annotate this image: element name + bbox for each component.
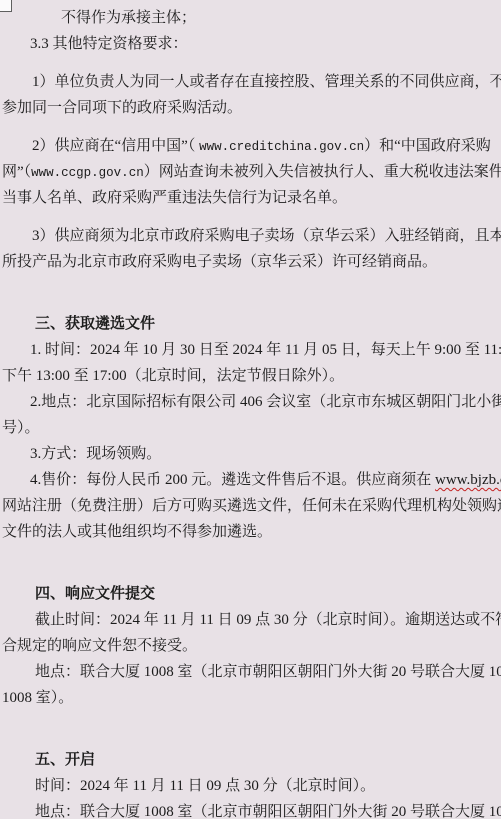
document-line: 文件的法人或其他组织均不得参加遴选。	[0, 519, 501, 545]
text-segment: 3）供应商须为北京市政府采购电子卖场（京华云采）入驻经销商，且本次	[32, 228, 501, 244]
text-segment: 合规定的响应文件恕不接受。	[2, 638, 197, 654]
text-segment: 号）。	[2, 420, 40, 436]
document-line: 时间：2024 年 11 月 11 日 09 点 30 分（北京时间）。	[0, 773, 501, 799]
document-line: 合规定的响应文件恕不接受。	[0, 633, 501, 659]
text-segment: 截止时间：2024 年 11 月 11 日 09 点 30 分（北京时间）。逾期…	[35, 612, 501, 628]
text-segment: 1008 室）。	[2, 690, 73, 706]
document-line: 下午 13:00 至 17:00（北京时间，法定节假日除外）。	[0, 363, 501, 389]
document-line: 参加同一合同项下的政府采购活动。	[0, 95, 501, 121]
document-line: 不得作为承接主体；	[0, 5, 501, 31]
document-line: 网站注册（免费注册）后方可购买遴选文件，任何未在采购代理机构处领购遴选	[0, 493, 501, 519]
document-line: 所投产品为北京市政府采购电子卖场（京华云采）许可经销商品。	[0, 249, 501, 275]
text-segment: 地点：联合大厦 1008 室（北京市朝阳区朝阳门外大街 20 号联合大厦 10 …	[35, 804, 501, 819]
text-segment: 三、获取遴选文件	[35, 316, 155, 332]
text-segment: 3.方式：现场领购。	[30, 446, 161, 462]
document-line: 4.售价：每份人民币 200 元。遴选文件售后不退。供应商须在 www.bjzb…	[0, 467, 501, 493]
text-segment: 不得作为承接主体；	[61, 10, 196, 26]
text-segment: 时间：2024 年 11 月 11 日 09 点 30 分（北京时间）。	[35, 778, 375, 794]
document-line: 3.3 其他特定资格要求：	[0, 31, 501, 57]
text-segment: 文件的法人或其他组织均不得参加遴选。	[2, 524, 272, 540]
text-segment: 网站注册（免费注册）后方可购买遴选文件，任何未在采购代理机构处领购遴选	[2, 498, 501, 514]
text-segment: 1）单位负责人为同一人或者存在直接控股、管理关系的不同供应商，不得	[32, 74, 501, 90]
document-line: 截止时间：2024 年 11 月 11 日 09 点 30 分（北京时间）。逾期…	[0, 607, 501, 633]
text-segment: 4.售价：每份人民币 200 元。遴选文件售后不退。供应商须在	[30, 472, 435, 488]
document-line: 号）。	[0, 415, 501, 441]
text-segment: ）网站查询未被列入失信被执行人、重大税收违法案件	[144, 164, 501, 180]
document-line: 1）单位负责人为同一人或者存在直接控股、管理关系的不同供应商，不得	[0, 69, 501, 95]
document-line: 网”（www.ccgp.gov.cn）网站查询未被列入失信被执行人、重大税收违法…	[0, 159, 501, 185]
url-text: www.creditchina.gov.cn	[199, 140, 364, 154]
text-segment: 1. 时间：2024 年 10 月 30 日至 2024 年 11 月 05 日…	[30, 342, 501, 358]
url-text: www.bjzb.com	[435, 472, 501, 488]
document-line: 地点：联合大厦 1008 室（北京市朝阳区朝阳门外大街 20 号联合大厦 10 …	[0, 659, 501, 685]
url-text: www.ccgp.gov.cn	[31, 166, 144, 180]
text-segment: ）和“中国政府采购	[364, 138, 491, 154]
document-line: 1008 室）。	[0, 685, 501, 711]
document-line: 2.地点：北京国际招标有限公司 406 会议室（北京市东城区朝阳门北小街 71	[0, 389, 501, 415]
text-segment: 地点：联合大厦 1008 室（北京市朝阳区朝阳门外大街 20 号联合大厦 10 …	[35, 664, 501, 680]
text-segment: 所投产品为北京市政府采购电子卖场（京华云采）许可经销商品。	[2, 254, 437, 270]
section-heading: 四、响应文件提交	[0, 581, 501, 607]
document-line: 1. 时间：2024 年 10 月 30 日至 2024 年 11 月 05 日…	[0, 337, 501, 363]
document-line: 当事人名单、政府采购严重违法失信行为记录名单。	[0, 185, 501, 211]
text-segment: 参加同一合同项下的政府采购活动。	[2, 100, 242, 116]
text-segment: 3.3 其他特定资格要求：	[30, 36, 188, 52]
section-heading: 五、开启	[0, 747, 501, 773]
page-corner-mark	[0, 0, 12, 12]
text-segment: 当事人名单、政府采购严重违法失信行为记录名单。	[2, 190, 347, 206]
text-segment: 四、响应文件提交	[35, 586, 155, 602]
document-body: 不得作为承接主体；3.3 其他特定资格要求：1）单位负责人为同一人或者存在直接控…	[0, 0, 501, 819]
document-line: 2）供应商在“信用中国”（ www.creditchina.gov.cn）和“中…	[0, 133, 501, 159]
section-heading: 三、获取遴选文件	[0, 311, 501, 337]
document-line: 3.方式：现场领购。	[0, 441, 501, 467]
text-segment: 网”（	[2, 164, 31, 180]
text-segment: 下午 13:00 至 17:00（北京时间，法定节假日除外）。	[2, 368, 344, 384]
document-line: 地点：联合大厦 1008 室（北京市朝阳区朝阳门外大街 20 号联合大厦 10 …	[0, 799, 501, 819]
text-segment: 五、开启	[35, 752, 95, 768]
text-segment: 2）供应商在“信用中国”（	[32, 138, 199, 154]
document-line: 3）供应商须为北京市政府采购电子卖场（京华云采）入驻经销商，且本次	[0, 223, 501, 249]
text-segment: 2.地点：北京国际招标有限公司 406 会议室（北京市东城区朝阳门北小街 71	[30, 394, 501, 410]
